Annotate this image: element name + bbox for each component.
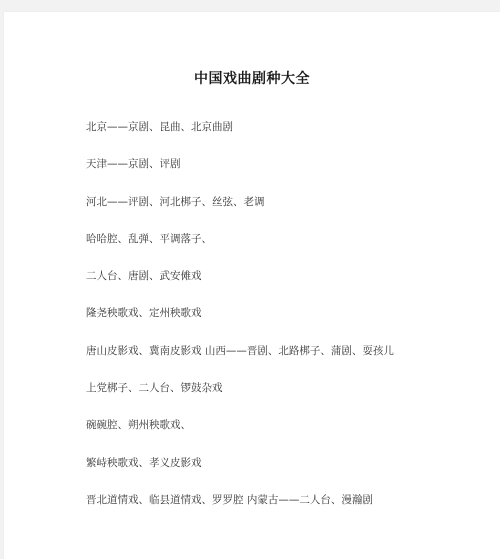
- text-line: 哈哈腔、乱弹、平调落子、: [86, 230, 394, 267]
- text-line: 繁峙秧歌戏、孝义皮影戏: [86, 454, 394, 491]
- text-line: 天津——京剧、评剧: [86, 155, 394, 192]
- document-title: 中国戏曲剧种大全: [4, 68, 500, 88]
- text-line: 上党梆子、二人台、锣鼓杂戏: [86, 379, 394, 416]
- text-line: 隆尧秧歌戏、定州秧歌戏: [86, 304, 394, 341]
- text-line: 北京——京剧、昆曲、北京曲剧: [86, 118, 394, 155]
- text-line: 河北——评剧、河北梆子、丝弦、老调: [86, 193, 394, 230]
- text-line: 晋北道情戏、临县道情戏、罗罗腔 内蒙古——二人台、漫瀚剧: [86, 491, 394, 528]
- document-body: 北京——京剧、昆曲、北京曲剧 天津——京剧、评剧 河北——评剧、河北梆子、丝弦、…: [86, 118, 394, 528]
- text-line: 二人台、唐剧、武安傩戏: [86, 267, 394, 304]
- text-line: 碗碗腔、朔州秧歌戏、: [86, 416, 394, 453]
- document-page: 中国戏曲剧种大全 北京——京剧、昆曲、北京曲剧 天津——京剧、评剧 河北——评剧…: [4, 12, 500, 559]
- text-line: 唐山皮影戏、冀南皮影戏 山西——晋剧、北路梆子、蒲剧、耍孩儿: [86, 342, 394, 379]
